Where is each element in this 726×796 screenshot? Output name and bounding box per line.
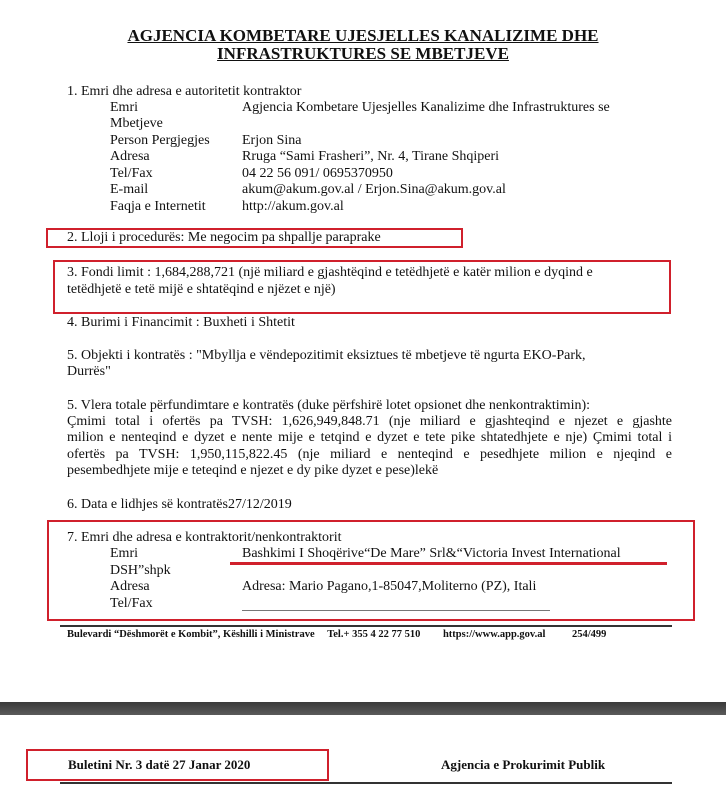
- document-title: AGJENCIA KOMBETARE UJESJELLES KANALIZIME…: [0, 27, 726, 63]
- total-value-line: ofertës pa TVSH: 1,950,115,822.45 (nje m…: [67, 447, 672, 464]
- section-4-financing-source: 4. Burimi i Financimit : Buxheti i Shtet…: [67, 315, 295, 332]
- contractor-name: Bashkimi I Shoqërive“De Mare” Srl&“Victo…: [242, 546, 621, 563]
- total-value-line: milion e nenteqind e dyzet e nente mije …: [67, 430, 672, 447]
- contractor-address: Adresa: Mario Pagano,1-85047,Moliterno (…: [242, 579, 536, 596]
- field-label: Tel/Fax: [110, 166, 153, 183]
- field-label: Tel/Fax: [110, 596, 153, 613]
- field-label: DSH”shpk: [110, 563, 171, 580]
- footer-phone: Tel.+ 355 4 22 77 510: [327, 629, 420, 640]
- section-5-contract-object-line-2: Durrës": [67, 364, 111, 381]
- field-label: Emri: [110, 546, 138, 563]
- section-3-fund-limit-line-1: 3. Fondi limit : 1,684,288,721 (një mili…: [67, 265, 593, 282]
- title-line-2: INFRASTRUKTURES SE MBETJEVE: [0, 45, 726, 63]
- page-separator: [0, 702, 726, 715]
- page-footer: Bulevardi “Dëshmorët e Kombit”, Këshilli…: [67, 629, 606, 640]
- field-label: Adresa: [110, 149, 150, 166]
- field-value: http://akum.gov.al: [242, 199, 344, 216]
- section-1-heading: 1. Emri dhe adresa e autoritetit kontrak…: [67, 84, 301, 101]
- field-value: akum@akum.gov.al / Erjon.Sina@akum.gov.a…: [242, 182, 506, 199]
- field-value: Erjon Sina: [242, 133, 302, 150]
- footer-address: Bulevardi “Dëshmorët e Kombit”, Këshilli…: [67, 629, 315, 640]
- field-label: Mbetjeve: [110, 116, 163, 133]
- field-value: Agjencia Kombetare Ujesjelles Kanalizime…: [242, 100, 610, 117]
- field-value: 04 22 56 091/ 0695370950: [242, 166, 393, 183]
- total-value-line: pesembedhjete mije e teteqind e njezet e…: [67, 463, 438, 480]
- agency-name: Agjencia e Prokurimit Publik: [441, 757, 605, 773]
- section-6-contract-date: 6. Data e lidhjes së kontratës27/12/2019: [67, 497, 292, 514]
- section-5-contract-object-line-1: 5. Objekti i kontratës : "Mbyllja e vënd…: [67, 348, 586, 365]
- field-label: Faqja e Internetit: [110, 199, 206, 216]
- section-2-procedure-type: 2. Lloji i procedurës: Me negocim pa shp…: [67, 230, 381, 247]
- title-line-1: AGJENCIA KOMBETARE UJESJELLES KANALIZIME…: [0, 27, 726, 45]
- section-3-fund-limit-line-2: tetëdhjetë e tetë mijë e shtatëqind e nj…: [67, 282, 336, 299]
- bulletin-number-date: Buletini Nr. 3 datë 27 Janar 2020: [68, 757, 250, 773]
- total-value-line: 5. Vlera totale përfundimtare e kontratë…: [67, 398, 590, 415]
- highlight-underline-contractor-name: [230, 562, 667, 565]
- field-label: Person Pergjegjes: [110, 133, 210, 150]
- tel-fax-blank-line: [242, 610, 550, 611]
- page-number: 254/499: [572, 629, 606, 640]
- footer-website[interactable]: https://www.app.gov.al: [443, 629, 545, 640]
- field-label: E-mail: [110, 182, 148, 199]
- field-label: Adresa: [110, 579, 150, 596]
- field-value: Rruga “Sami Frasheri”, Nr. 4, Tirane Shq…: [242, 149, 499, 166]
- field-label: Emri: [110, 100, 138, 117]
- total-value-line: Çmimi total i ofertës pa TVSH: 1,626,949…: [67, 414, 672, 431]
- section-7-heading: 7. Emri dhe adresa e kontraktorit/nenkon…: [67, 530, 341, 547]
- header-rule: [60, 782, 672, 784]
- footer-rule: [60, 625, 672, 627]
